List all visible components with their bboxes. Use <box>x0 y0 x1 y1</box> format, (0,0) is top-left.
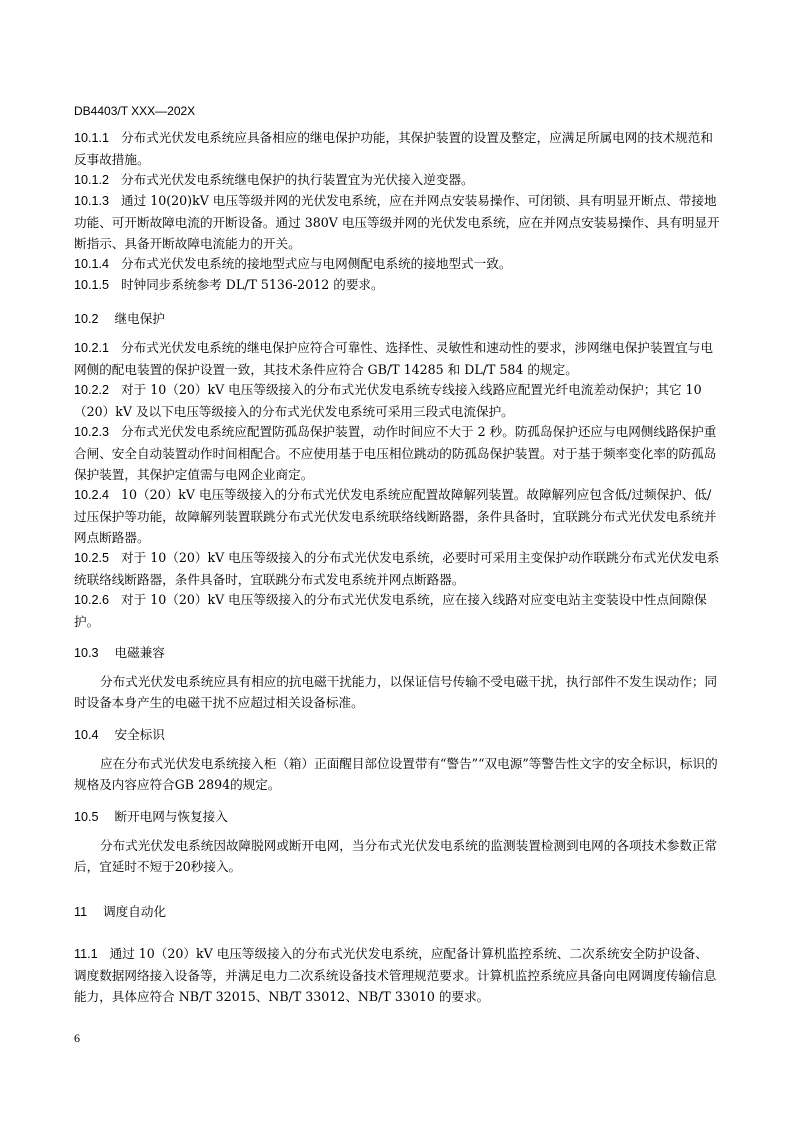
clause-text: 分布式光伏发电系统继电保护的执行装置宜为光伏接入逆变器。 <box>121 172 474 187</box>
clause-text: 对于 10（20）kV 电压等级接入的分布式光伏发电系统，必要时可采用主变保护动… <box>74 550 719 587</box>
clause-text: 时钟同步系统参考 DL/T 5136-2012 的要求。 <box>121 277 384 292</box>
section-number: 10.2 <box>74 312 99 326</box>
paragraph-10-3: 分布式光伏发电系统应具有相应的抗电磁干扰能力，以保证信号传输不受电磁干扰，执行部… <box>74 671 720 713</box>
clause-text: 通过 10（20）kV 电压等级接入的分布式光伏发电系统，应配备计算机监控系统、… <box>74 946 716 1004</box>
page-number: 6 <box>74 1031 80 1046</box>
clause-text: 分布式光伏发电系统的继电保护应符合可靠性、选择性、灵敏性和速动性的要求，涉网继电… <box>74 340 713 377</box>
paragraph-10-5: 分布式光伏发电系统因故障脱网或断开电网，当分布式光伏发电系统的监测装置检测到电网… <box>74 835 720 877</box>
paragraph-10-4: 应在分布式光伏发电系统接入柜（箱）正面醒目部位设置带有“警告”“双电源”等警告性… <box>74 753 720 795</box>
clause-10-1-5: 10.1.5时钟同步系统参考 DL/T 5136-2012 的要求。 <box>74 274 720 296</box>
clause-number: 10.2.6 <box>74 593 109 607</box>
clause-number: 10.2.4 <box>74 488 109 502</box>
clause-text: 分布式光伏发电系统应具备相应的继电保护功能，其保护装置的设置及整定，应满足所属电… <box>74 130 713 167</box>
clause-10-2-4: 10.2.410（20）kV 电压等级接入的分布式光伏发电系统应配置故障解列装置… <box>74 484 720 548</box>
clause-10-1-3: 10.1.3通过 10(20)kV 电压等级并网的光伏发电系统，应在并网点安装易… <box>74 190 720 254</box>
clause-number: 10.1.4 <box>74 257 109 271</box>
chapter-heading-11: 11调度自动化 <box>74 901 166 920</box>
section-title: 断开电网与恢复接入 <box>115 809 228 824</box>
standard-code-header: DB4403/T XXX—202X <box>74 104 195 118</box>
clause-10-2-3: 10.2.3分布式光伏发电系统应配置防孤岛保护装置，动作时间应不大于 2 秒。防… <box>74 421 720 485</box>
section-title: 安全标识 <box>115 727 165 742</box>
clause-text: 对于 10（20）kV 电压等级接入的分布式光伏发电系统，应在接入线路对应变电站… <box>74 592 707 629</box>
clause-number: 10.1.2 <box>74 173 109 187</box>
clause-text: 分布式光伏发电系统应配置防孤岛保护装置，动作时间应不大于 2 秒。防孤岛保护还应… <box>74 424 716 482</box>
clause-number: 10.1.1 <box>74 131 109 145</box>
section-number: 10.3 <box>74 646 99 660</box>
clause-number: 10.1.3 <box>74 194 109 208</box>
clause-text: 分布式光伏发电系统的接地型式应与电网侧配电系统的接地型式一致。 <box>121 256 511 271</box>
clause-10-2-1: 10.2.1分布式光伏发电系统的继电保护应符合可靠性、选择性、灵敏性和速动性的要… <box>74 337 720 380</box>
clause-number: 10.2.3 <box>74 425 109 439</box>
section-heading-10-5: 10.5断开电网与恢复接入 <box>74 806 228 825</box>
section-number: 10.4 <box>74 728 99 742</box>
clause-number: 10.2.5 <box>74 551 109 565</box>
clause-10-2-6: 10.2.6对于 10（20）kV 电压等级接入的分布式光伏发电系统，应在接入线… <box>74 589 720 632</box>
document-page: DB4403/T XXX—202X 10.1.1分布式光伏发电系统应具备相应的继… <box>0 0 794 1123</box>
chapter-title: 调度自动化 <box>103 904 166 919</box>
chapter-number: 11 <box>74 905 87 919</box>
section-title: 继电保护 <box>115 311 165 326</box>
section-heading-10-2: 10.2继电保护 <box>74 308 165 327</box>
clause-10-1-1: 10.1.1分布式光伏发电系统应具备相应的继电保护功能，其保护装置的设置及整定，… <box>74 127 720 170</box>
clause-text: 通过 10(20)kV 电压等级并网的光伏发电系统，应在并网点安装易操作、可闭锁… <box>74 193 720 251</box>
clause-number: 10.1.5 <box>74 278 109 292</box>
section-heading-10-3: 10.3电磁兼容 <box>74 642 165 661</box>
clause-11-1: 11.1通过 10（20）kV 电压等级接入的分布式光伏发电系统，应配备计算机监… <box>74 943 720 1007</box>
clause-10-1-2: 10.1.2分布式光伏发电系统继电保护的执行装置宜为光伏接入逆变器。 <box>74 169 720 191</box>
clause-10-1-4: 10.1.4分布式光伏发电系统的接地型式应与电网侧配电系统的接地型式一致。 <box>74 253 720 275</box>
clause-number: 10.2.1 <box>74 341 109 355</box>
clause-10-2-2: 10.2.2对于 10（20）kV 电压等级接入的分布式光伏发电系统专线接入线路… <box>74 379 720 422</box>
clause-10-2-5: 10.2.5对于 10（20）kV 电压等级接入的分布式光伏发电系统，必要时可采… <box>74 547 720 590</box>
section-title: 电磁兼容 <box>115 645 165 660</box>
clause-text: 对于 10（20）kV 电压等级接入的分布式光伏发电系统专线接入线路应配置光纤电… <box>74 382 702 419</box>
section-heading-10-4: 10.4安全标识 <box>74 724 165 743</box>
clause-text: 10（20）kV 电压等级接入的分布式光伏发电系统应配置故障解列装置。故障解列应… <box>74 487 716 545</box>
clause-number: 11.1 <box>74 947 98 961</box>
section-number: 10.5 <box>74 810 99 824</box>
clause-number: 10.2.2 <box>74 383 109 397</box>
